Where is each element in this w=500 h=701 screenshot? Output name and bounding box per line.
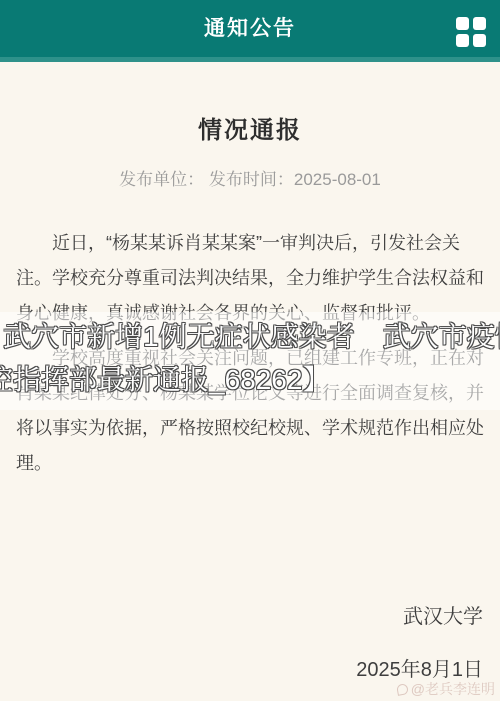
pasted-caption-line-1: 武穴市新增1例无症状感染者 武穴市疫情防 (3, 315, 500, 355)
weibo-logo-icon (396, 683, 409, 696)
document-date: 2025年8月1日 (356, 653, 483, 682)
app-header: 通知公告 (0, 0, 500, 62)
grid-menu-icon[interactable] (456, 17, 486, 47)
page-title: 通知公告 (0, 0, 500, 57)
document-meta: 发布单位： 发布时间：2025-08-01 (0, 165, 500, 190)
watermark: @老兵李连明 (397, 679, 495, 699)
grid-menu-icon-square (456, 34, 469, 47)
grid-menu-icon-square (473, 17, 486, 30)
pasted-caption-line-2: 控指挥部最新通报_68262】 (0, 358, 330, 398)
grid-menu-icon-square (456, 17, 469, 30)
watermark-text: @老兵李连明 (411, 679, 495, 699)
document-signature: 武汉大学 (403, 600, 483, 629)
document-title: 情况通报 (0, 110, 500, 145)
notice-page: 通知公告 情况通报 发布单位： 发布时间：2025-08-01 近日，“杨某某诉… (0, 0, 500, 701)
grid-menu-icon-square (473, 34, 486, 47)
